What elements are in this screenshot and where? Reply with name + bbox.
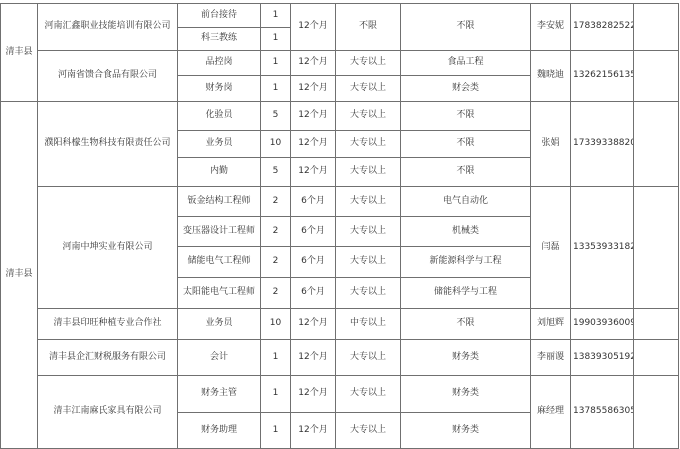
count-cell: 10 — [261, 309, 291, 340]
major-cell: 财会类 — [401, 76, 531, 102]
contact-cell: 张娟 — [531, 102, 571, 187]
education-cell: 中专以上 — [336, 309, 401, 340]
count-cell: 1 — [261, 413, 291, 449]
position-cell: 财务助理 — [178, 413, 261, 449]
empty-cell — [634, 4, 679, 51]
count-cell: 1 — [261, 28, 291, 51]
position-cell: 前台接待 — [178, 4, 261, 28]
count-cell: 2 — [261, 278, 291, 309]
position-cell: 钣金结构工程师 — [178, 187, 261, 217]
duration-cell: 12个月 — [291, 376, 336, 413]
contact-cell: 闫磊 — [531, 187, 571, 309]
education-cell: 大专以上 — [336, 131, 401, 158]
phone-cell: 13785586305 — [571, 376, 634, 449]
company-cell: 清丰江南麻氏家具有限公司 — [38, 376, 178, 449]
count-cell: 2 — [261, 187, 291, 217]
education-cell: 不限 — [336, 4, 401, 51]
position-cell: 储能电气工程师 — [178, 247, 261, 278]
phone-cell: 17339338820 — [571, 102, 634, 187]
major-cell: 储能科学与工程 — [401, 278, 531, 309]
major-cell: 不限 — [401, 4, 531, 51]
phone-cell: 13839305192 — [571, 340, 634, 376]
position-cell: 化验员 — [178, 102, 261, 131]
position-cell: 太阳能电气工程师 — [178, 278, 261, 309]
company-cell: 河南中坤实业有限公司 — [38, 187, 178, 309]
company-cell: 清丰县印旺种植专业合作社 — [38, 309, 178, 340]
position-cell: 变压器设计工程师 — [178, 217, 261, 247]
position-cell: 财务主管 — [178, 376, 261, 413]
position-cell: 品控岗 — [178, 51, 261, 76]
count-cell: 1 — [261, 340, 291, 376]
duration-cell: 6个月 — [291, 278, 336, 309]
company-cell: 清丰县企汇财税服务有限公司 — [38, 340, 178, 376]
education-cell: 大专以上 — [336, 187, 401, 217]
duration-cell: 12个月 — [291, 340, 336, 376]
position-cell: 科三教练 — [178, 28, 261, 51]
major-cell: 不限 — [401, 158, 531, 187]
phone-cell: 17838282522 — [571, 4, 634, 51]
empty-cell — [634, 376, 679, 449]
education-cell: 大专以上 — [336, 340, 401, 376]
education-cell: 大专以上 — [336, 413, 401, 449]
empty-cell — [634, 51, 679, 102]
duration-cell: 12个月 — [291, 131, 336, 158]
position-cell: 内勤 — [178, 158, 261, 187]
recruitment-table: 清丰县 河南汇鑫职业技能培训有限公司 前台接待 1 12个月 不限 不限 李安妮… — [0, 3, 679, 449]
phone-cell: 19903936009 — [571, 309, 634, 340]
duration-cell: 6个月 — [291, 187, 336, 217]
contact-cell: 李安妮 — [531, 4, 571, 51]
contact-cell: 刘旭辉 — [531, 309, 571, 340]
empty-cell — [634, 102, 679, 187]
empty-cell — [634, 309, 679, 340]
phone-cell: 13353933182 — [571, 187, 634, 309]
company-cell: 河南汇鑫职业技能培训有限公司 — [38, 4, 178, 51]
empty-cell — [634, 340, 679, 376]
major-cell: 财务类 — [401, 376, 531, 413]
count-cell: 2 — [261, 217, 291, 247]
major-cell: 财务类 — [401, 340, 531, 376]
major-cell: 财务类 — [401, 413, 531, 449]
position-cell: 会计 — [178, 340, 261, 376]
count-cell: 5 — [261, 158, 291, 187]
county-cell: 清丰县 — [1, 102, 38, 449]
duration-cell: 12个月 — [291, 4, 336, 51]
county-cell: 清丰县 — [1, 4, 38, 102]
count-cell: 2 — [261, 247, 291, 278]
major-cell: 新能源科学与工程 — [401, 247, 531, 278]
position-cell: 业务员 — [178, 309, 261, 340]
count-cell: 1 — [261, 51, 291, 76]
count-cell: 1 — [261, 376, 291, 413]
major-cell: 机械类 — [401, 217, 531, 247]
major-cell: 食品工程 — [401, 51, 531, 76]
company-cell: 濮阳科檬生物科技有限责任公司 — [38, 102, 178, 187]
duration-cell: 12个月 — [291, 413, 336, 449]
education-cell: 大专以上 — [336, 102, 401, 131]
education-cell: 大专以上 — [336, 217, 401, 247]
education-cell: 大专以上 — [336, 158, 401, 187]
education-cell: 大专以上 — [336, 51, 401, 76]
major-cell: 不限 — [401, 309, 531, 340]
duration-cell: 12个月 — [291, 51, 336, 76]
duration-cell: 6个月 — [291, 217, 336, 247]
education-cell: 大专以上 — [336, 278, 401, 309]
duration-cell: 12个月 — [291, 158, 336, 187]
page: 清丰县 河南汇鑫职业技能培训有限公司 前台接待 1 12个月 不限 不限 李安妮… — [0, 0, 680, 449]
count-cell: 5 — [261, 102, 291, 131]
count-cell: 1 — [261, 4, 291, 28]
contact-cell: 麻经理 — [531, 376, 571, 449]
major-cell: 不限 — [401, 102, 531, 131]
education-cell: 大专以上 — [336, 376, 401, 413]
position-cell: 业务员 — [178, 131, 261, 158]
duration-cell: 6个月 — [291, 247, 336, 278]
count-cell: 10 — [261, 131, 291, 158]
phone-cell: 13262156135 — [571, 51, 634, 102]
major-cell: 不限 — [401, 131, 531, 158]
position-cell: 财务岗 — [178, 76, 261, 102]
count-cell: 1 — [261, 76, 291, 102]
empty-cell — [634, 187, 679, 309]
company-cell: 河南省馈合食品有限公司 — [38, 51, 178, 102]
duration-cell: 12个月 — [291, 309, 336, 340]
education-cell: 大专以上 — [336, 247, 401, 278]
contact-cell: 李丽谡 — [531, 340, 571, 376]
contact-cell: 魏晓迪 — [531, 51, 571, 102]
major-cell: 电气自动化 — [401, 187, 531, 217]
education-cell: 大专以上 — [336, 76, 401, 102]
duration-cell: 12个月 — [291, 76, 336, 102]
duration-cell: 12个月 — [291, 102, 336, 131]
